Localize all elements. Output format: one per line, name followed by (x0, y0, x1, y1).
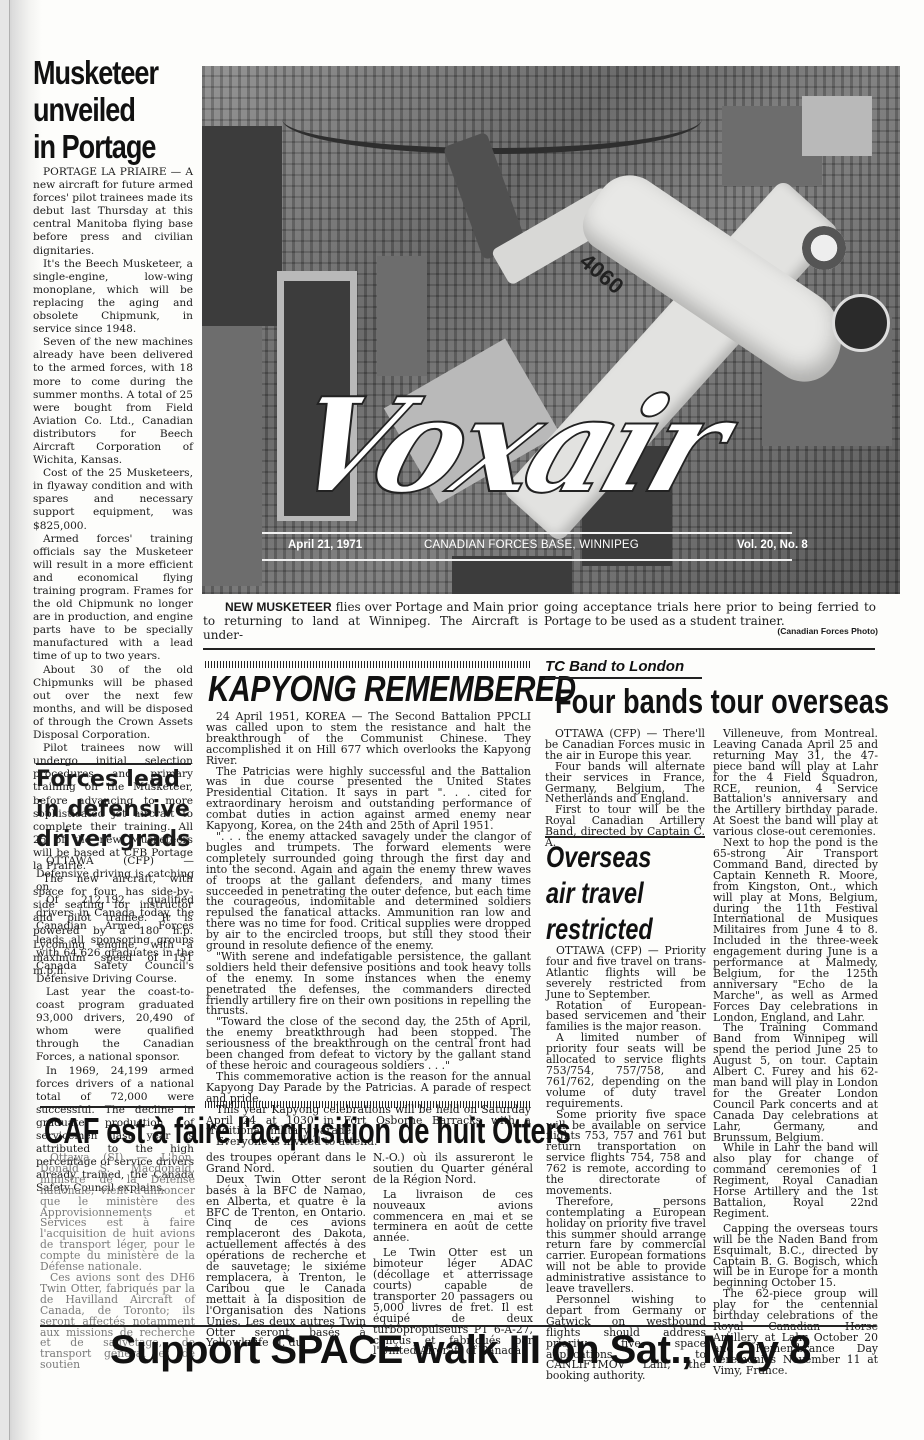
paragraph: About 30 of the old Chipmunks will be ph… (33, 664, 193, 743)
section-divider (40, 1325, 876, 1327)
paragraph: OTTAWA (CFP) — There'll be Canadian Forc… (545, 729, 705, 762)
paragraph: La livraison de ces nouveaux avions comm… (373, 1190, 533, 1245)
paragraph: The Training Command Band from Winnipeg … (713, 1023, 878, 1143)
section-divider (545, 836, 705, 838)
paragraph: OTTAWA (CFP) — Defensive driving is catc… (36, 855, 194, 894)
photo-caption-col2: going acceptance trials here prior to be… (544, 600, 876, 628)
paragraph: Seven of the new machines already have b… (33, 336, 193, 467)
headline-line: in defensive (36, 795, 201, 825)
headline-line: Forces lead (36, 765, 201, 795)
paragraph: Of 212,192 qualified drivers in Canada t… (36, 894, 194, 986)
paragraph: Ottawa (SI) — L'hon. Donald S. Macdonald… (40, 1153, 195, 1273)
headline-line: Overseas (546, 840, 651, 876)
air-travel-body: OTTAWA (CFP) — Priority four and five tr… (546, 946, 706, 1382)
hatch-rule (205, 1101, 531, 1108)
paragraph: "Toward the close of the second day, the… (206, 1017, 531, 1072)
aircraft-canopy (832, 294, 890, 352)
paragraph: While in Lahr the band will also play fo… (713, 1143, 878, 1219)
air-travel-headline: Overseas air travel restricted (546, 840, 711, 948)
masthead-rule-bottom (262, 559, 792, 561)
adjacent-page-edge (0, 0, 10, 1440)
section-divider (40, 1106, 195, 1108)
paragraph: Last year the coast-to-coast program gra… (36, 986, 194, 1065)
otters-headline: CAF est à faire l'acquisition de huit Ot… (44, 1110, 737, 1152)
bands-body-col2: Villeneuve, from Montreal. Leaving Canad… (713, 729, 878, 1376)
paragraph: des troupes opérant dans le Grand Nord. (206, 1153, 366, 1175)
issue-volume: Vol. 20, No. 8 (737, 539, 808, 551)
photo-caption-col1: NEW MUSKETEER flies over Portage and Mai… (203, 600, 538, 642)
paragraph: Villeneuve, from Montreal. Leaving Canad… (713, 729, 878, 838)
masthead-logo: Voxair (276, 381, 738, 511)
bands-headline: Four bands tour overseas (555, 683, 924, 722)
headline-line: in Portage (33, 128, 155, 165)
paragraph: The Patricias were highly successful and… (206, 767, 531, 832)
headline-line: restricted (546, 912, 653, 948)
paragraph: This commemorative action is the reason … (206, 1072, 531, 1105)
paragraph: Capping the overseas tours will be the N… (713, 1224, 878, 1289)
musketeer-headline: Musketeer unveiled in Portage (33, 54, 203, 165)
paragraph: N.-O.) où ils assureront le soutien du Q… (373, 1153, 533, 1186)
paragraph: It's the Beech Musketeer, a single-engin… (33, 258, 193, 337)
caption-lead: NEW MUSKETEER (225, 600, 332, 614)
paragraph: 24 April 1951, KOREA — The Second Battal… (206, 712, 531, 767)
headline-line: driver grads (36, 825, 201, 855)
cover-photo: 4060 Voxair April 21, 1971 CANADIAN FORC… (202, 66, 900, 594)
driver-grads-headline: Forces lead in defensive driver grads (36, 765, 201, 855)
kicker-underline (545, 677, 702, 679)
roundel-icon (802, 226, 846, 270)
paragraph: OTTAWA (CFP) — Priority four and five tr… (546, 946, 706, 1001)
paragraph: A limited number of priority four seats … (546, 1033, 706, 1109)
paragraph: PORTAGE LA PRIAIRE — A new aircraft for … (33, 166, 193, 258)
paragraph: Rotation of European-based servicemen an… (546, 1001, 706, 1034)
kapyong-body: 24 April 1951, KOREA — The Second Battal… (206, 712, 531, 1148)
base-name: CANADIAN FORCES BASE, WINNIPEG (424, 539, 639, 551)
bands-kicker: TC Band to London (545, 658, 684, 675)
paragraph: Deux Twin Otter seront basés à la BFC de… (206, 1175, 366, 1350)
section-divider (203, 648, 875, 650)
paragraph: Therefore, persons contemplating a Europ… (546, 1197, 706, 1295)
paragraph: Armed forces' training officials say the… (33, 533, 193, 664)
otters-body-col2: des troupes opérant dans le Grand Nord. … (206, 1153, 366, 1349)
paragraph: Four bands will alternate their services… (545, 762, 705, 806)
issue-date: April 21, 1971 (288, 539, 362, 551)
headline-line: Musketeer (33, 54, 158, 91)
headline-line: unveiled (33, 91, 135, 128)
paragraph: Next to hop the pond is the 65-strong Ai… (713, 838, 878, 1023)
bands-body-col1: OTTAWA (CFP) — There'll be Canadian Forc… (545, 729, 705, 849)
paragraph: Cost of the 25 Musketeers, in flyaway co… (33, 467, 193, 532)
paragraph: ". . . the enemy attacked savagely under… (206, 832, 531, 952)
headline-line: air travel (546, 876, 644, 912)
masthead-rule-top (262, 532, 792, 534)
photo-credit: (Canadian Forces Photo) (777, 626, 878, 636)
hatch-rule (205, 661, 531, 668)
paragraph: "With serene and indefatigable persisten… (206, 952, 531, 1017)
photo-elevated-road (282, 84, 702, 154)
space-walk-banner: Support SPACE walk III on Sat., May 8 (110, 1328, 811, 1373)
